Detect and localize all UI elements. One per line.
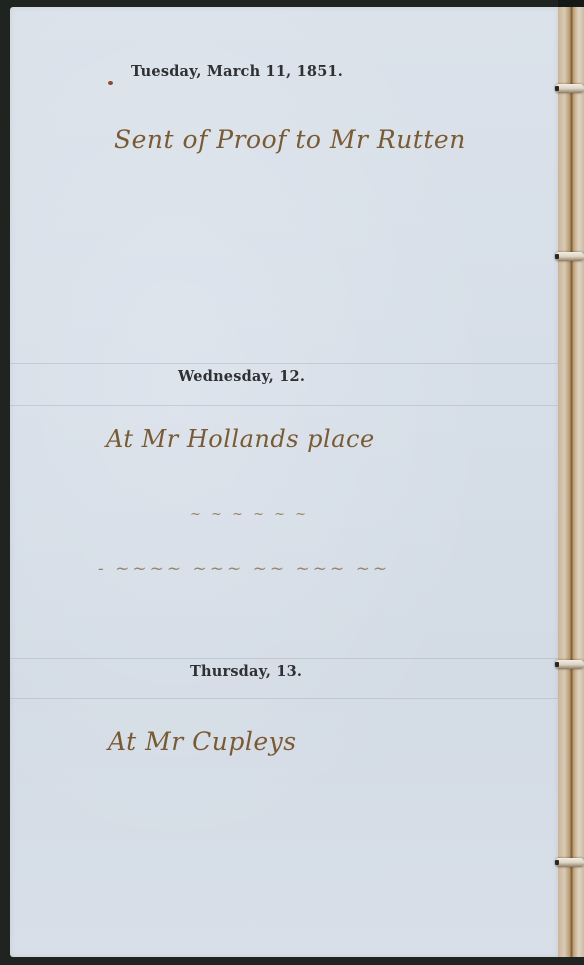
diary-page: Tuesday, March 11, 1851. Sent of Proof t…: [10, 7, 558, 957]
date-heading-wednesday: Wednesday, 12.: [178, 368, 305, 385]
date-heading-thursday: Thursday, 13.: [190, 663, 302, 680]
section-rule: [10, 363, 558, 364]
date-heading-tuesday: Tuesday, March 11, 1851.: [131, 63, 343, 80]
binding-stitch: [555, 858, 584, 867]
faded-ink-line-lower: - ~~~~ ~~~ ~~ ~~~ ~~: [98, 559, 390, 579]
scanned-diary-page: Tuesday, March 11, 1851. Sent of Proof t…: [0, 0, 584, 965]
handwritten-entry-tuesday: Sent of Proof to Mr Rutten: [114, 125, 466, 154]
faded-ink-line-upper: ~ ~ ~ ~ ~ ~: [190, 507, 309, 522]
binding-stitch: [555, 84, 584, 93]
ink-spot: [108, 81, 113, 85]
scan-background-top: [558, 0, 584, 7]
section-rule: [10, 405, 558, 406]
section-rule: [10, 698, 558, 699]
book-spine: [558, 7, 584, 957]
binding-stitch: [555, 660, 584, 669]
section-rule: [10, 658, 558, 659]
handwritten-entry-wednesday: At Mr Hollands place: [106, 425, 375, 453]
handwritten-entry-thursday: At Mr Cupleys: [108, 727, 297, 756]
binding-stitch: [555, 252, 584, 261]
